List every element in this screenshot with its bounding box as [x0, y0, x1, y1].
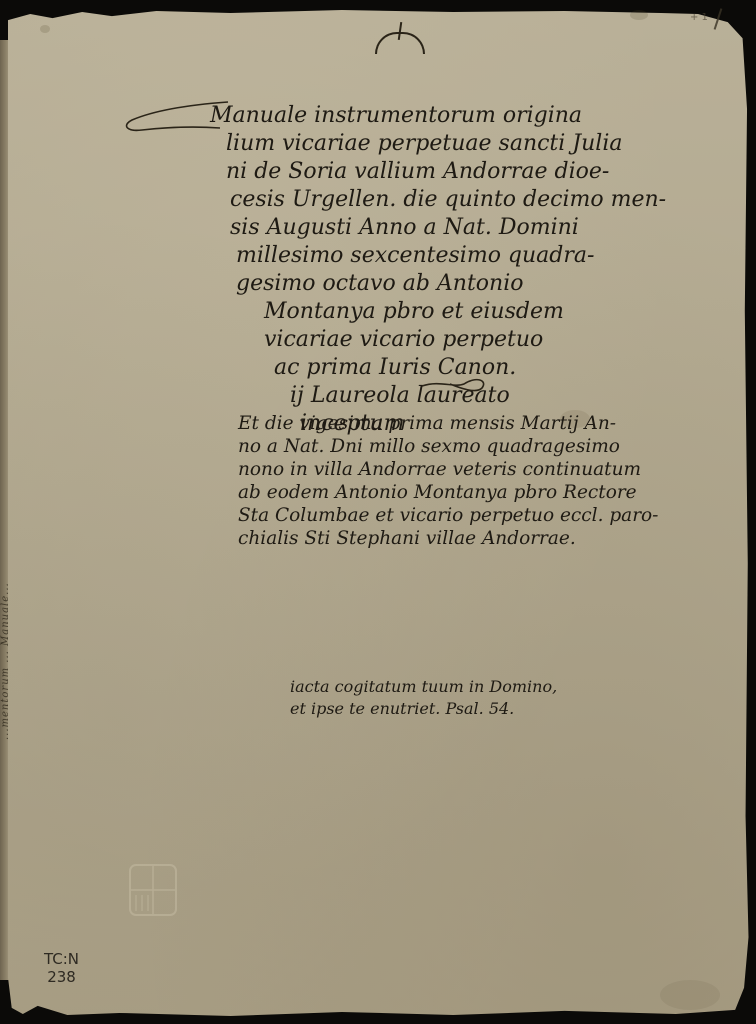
motto-line: et ipse te enutriet. Psal. 54. — [290, 698, 557, 720]
embossed-coat-of-arms-icon — [118, 855, 188, 925]
heading-line: Manuale instrumentorum origina — [210, 102, 666, 130]
continuation-line: no a Nat. Dni millo sexmo quadragesimo — [238, 435, 658, 458]
manuscript-scan: ...mentorum ... Manuale... + 1 Manuale i… — [0, 0, 756, 1024]
motto-line: iacta cogitatum tuum in Domino, — [290, 676, 557, 698]
paper-stain — [630, 10, 648, 20]
folio-number: + 1 — [690, 12, 708, 23]
heading-line: Montanya pbro et eiusdem — [264, 298, 666, 326]
continuation-line: ab eodem Antonio Montanya pbro Rectore — [238, 481, 658, 504]
continuation-line: Sta Columbae et vicario perpetuo eccl. p… — [238, 504, 658, 527]
heading-line: lium vicariae perpetuae sancti Julia — [226, 130, 666, 158]
continuation-line: chialis Sti Stephani villae Andorrae. — [238, 527, 658, 550]
paper-stain — [660, 980, 720, 1010]
continuation-text: Et die vigesima prima mensis Martij An- … — [238, 412, 658, 550]
heading-line: gesimo octavo ab Antonio — [236, 270, 666, 298]
shelfmark-number: 238 — [44, 968, 79, 986]
heading-line: ni de Soria vallium Andorrae dioe- — [226, 158, 666, 186]
heading-line: cesis Urgellen. die quinto decimo men- — [230, 186, 666, 214]
heading-line: millesimo sexcentesimo quadra- — [236, 242, 666, 270]
continuation-line: nono in villa Andorrae veteris continuat… — [238, 458, 658, 481]
psalm-motto: iacta cogitatum tuum in Domino, et ipse … — [290, 676, 557, 720]
heading-line: vicariae vicario perpetuo — [264, 326, 666, 354]
paper-stain — [40, 25, 50, 33]
shelfmark-label: TC:N 238 — [44, 950, 79, 986]
heading-line: sis Augusti Anno a Nat. Domini — [230, 214, 666, 242]
end-flourish-icon — [420, 370, 490, 396]
shelfmark-series: TC:N — [44, 950, 79, 968]
continuation-line: Et die vigesima prima mensis Martij An- — [238, 412, 658, 435]
